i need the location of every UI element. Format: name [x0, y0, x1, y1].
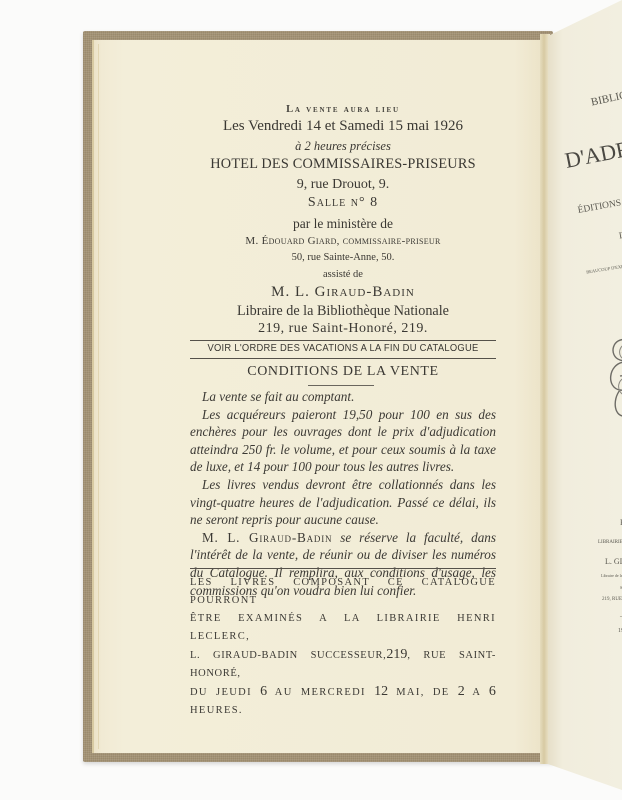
exhibition-end-day: 12: [374, 684, 388, 699]
right-page-library-label: BIBLIOTHÈQUE: [556, 73, 622, 116]
right-page: BIBLIOTHÈQUE D'ADRIENNE ÉDITIONS ORIGINA…: [548, 0, 622, 790]
right-page-copies: BEAUCOUP D'EXEMPLAIRES PORTANT: [552, 252, 622, 280]
sale-room: Salle n° 8: [190, 195, 496, 211]
expert-address: 219, rue Saint-Honoré, 219.: [190, 321, 496, 337]
auctioneer: M. Édouard Giard, commissaire-priseur: [190, 235, 496, 247]
monogram-icon: [598, 330, 622, 425]
by-ministry: par le ministère de: [190, 216, 496, 232]
sale-dates: Les Vendredi 14 et Samedi 15 mai 1926: [190, 118, 496, 135]
exhibition-month: mai, de: [396, 687, 449, 698]
condition-collation: Les livres vendus devront être collation…: [190, 476, 496, 529]
exhibition-street-number: 219: [386, 647, 407, 662]
expert-title: Libraire de la Bibliothèque Nationale: [190, 303, 496, 320]
exhibition-end-hour: 6: [489, 684, 496, 699]
exhibition-start-day: 6: [260, 684, 267, 699]
right-page-paris: PAR: [568, 518, 622, 527]
right-page-monogram: [598, 330, 622, 425]
sale-heading: La vente aura lieu: [190, 104, 496, 115]
assisted-by: assisté de: [190, 269, 496, 280]
exhibition-line-2: être examinés a la librairie Henri Lecle…: [190, 610, 496, 646]
divider-notice-bottom: [190, 358, 496, 359]
sale-time: à 2 heures précises: [190, 139, 496, 154]
sale-venue: HOTEL DES COMMISSAIRES-PRISEURS: [190, 156, 496, 173]
exhibition-to: au mercredi: [275, 687, 366, 698]
divider-top: [190, 340, 496, 341]
condition-rights-name: M. L. Giraud-Badin: [202, 530, 332, 545]
right-page-year: 192: [558, 628, 622, 634]
right-page-dash: —: [558, 612, 622, 620]
right-page-address: 219, RUE SAINT-: [558, 597, 622, 602]
right-page-giraud: L. GIRAUD: [558, 557, 622, 566]
divider-bottom: [190, 568, 496, 569]
conditions-title-underline: [308, 385, 374, 386]
exhibition-notice: Les livres composant ce catalogue pourro…: [190, 574, 496, 720]
exhibition-hour-sep: a: [472, 687, 480, 698]
right-page-librairie: LIBRAIRIE HEN: [558, 540, 622, 545]
condition-fees: Les acquéreurs paieront 19,50 pour 100 e…: [190, 406, 496, 476]
right-page-successeur: Successe: [558, 585, 622, 590]
right-page-owner-name: D'ADRIENNE: [554, 121, 622, 175]
right-page-editions: ÉDITIONS ORIGINALES: [554, 184, 622, 220]
exhibition-from: du jeudi: [190, 687, 252, 698]
right-page-authors: D'AUTEURS CO: [576, 212, 622, 248]
sale-address: 9, rue Drouot, 9.: [190, 177, 496, 193]
conditions-title: CONDITIONS DE LA VENTE: [190, 364, 496, 380]
exhibition-line-1: Les livres composant ce catalogue pourro…: [190, 574, 496, 610]
vacations-notice: VOIR L'ORDRE DES VACATIONS A LA FIN DU C…: [202, 343, 484, 354]
exhibition-line-4: du jeudi 6 au mercredi 12 mai, de 2 a 6 …: [190, 683, 496, 720]
exhibition-start-hour: 2: [458, 684, 465, 699]
exhibition-hours-label: heures.: [190, 705, 243, 716]
expert-name: M. L. Giraud-Badin: [190, 284, 496, 301]
exhibition-successor: L. Giraud-Badin successeur,: [190, 650, 386, 661]
right-page-libraire-title: Libraire de la Biblio: [558, 573, 622, 578]
auctioneer-address: 50, rue Sainte-Anne, 50.: [190, 252, 496, 263]
condition-cash: La vente se fait au comptant.: [190, 388, 496, 406]
exhibition-line-3: L. Giraud-Badin successeur,219, rue Sain…: [190, 646, 496, 683]
